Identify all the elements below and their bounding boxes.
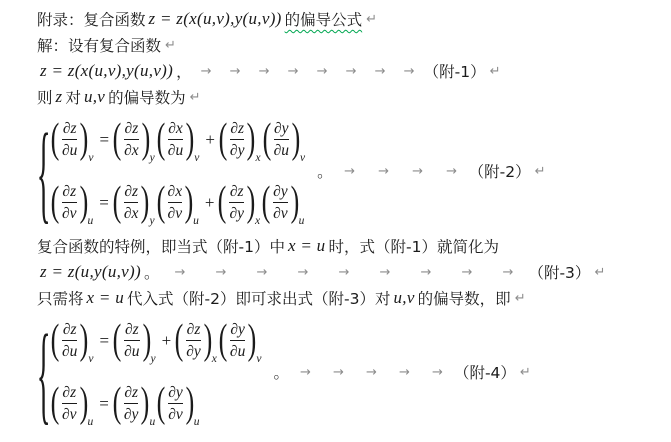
then-line-segment: z xyxy=(53,87,66,107)
open-paren: ( xyxy=(51,322,60,360)
special-case-line: 复合函数的特例，即当式（附-1）中x = u时，式（附-1）就简化为 xyxy=(37,233,671,259)
substitute-line-segment: u,v xyxy=(390,288,417,308)
open-paren: ( xyxy=(175,322,184,360)
fraction-bar xyxy=(124,403,139,404)
title-line-segment: 附录：复合函数 xyxy=(37,8,146,30)
fraction-bar xyxy=(186,340,201,341)
tab-mark: → xyxy=(401,164,435,179)
operator: + xyxy=(162,331,172,351)
tab-mark: → xyxy=(364,265,405,280)
open-paren: ( xyxy=(219,121,228,159)
then-line-segment: 则 xyxy=(37,86,53,108)
setup-line-segment: 解：设有复合函数 xyxy=(37,34,161,56)
then-line-segment: u,v xyxy=(81,87,108,107)
fraction: ∂z∂y xyxy=(230,120,245,160)
open-paren: ( xyxy=(219,322,228,360)
fraction-denominator: ∂v xyxy=(62,406,77,424)
fraction-denominator: ∂v xyxy=(168,205,183,223)
fraction-denominator: ∂u xyxy=(62,343,77,361)
fraction-numerator: ∂z xyxy=(187,321,201,339)
held-constant-subscript: y xyxy=(149,215,154,227)
fraction: ∂z∂u xyxy=(62,321,77,361)
then-line-segment: 的偏导数为 xyxy=(108,86,186,108)
operator: = xyxy=(99,394,109,414)
equation-row: (∂z∂u)v=(∂z∂u)y+(∂z∂y)x(∂y∂u)v xyxy=(51,312,263,369)
held-constant-subscript: u xyxy=(88,416,94,428)
eq-block-fu2: {(∂z∂u)v=(∂z∂x)y(∂x∂u)v+(∂z∂y)x(∂y∂u)v(∂… xyxy=(37,111,671,231)
fraction: ∂z∂v xyxy=(62,384,77,424)
fraction: ∂y∂v xyxy=(273,183,288,223)
left-brace: { xyxy=(37,155,51,187)
fraction-bar xyxy=(230,340,245,341)
held-constant-subscript: x xyxy=(255,152,260,164)
open-paren: ( xyxy=(51,184,60,222)
tab-mark: → xyxy=(200,265,241,280)
tab-mark: → xyxy=(192,64,221,79)
fraction: ∂y∂u xyxy=(230,321,245,361)
tab-mark: → xyxy=(241,265,282,280)
paren-fraction: (∂z∂y)x xyxy=(218,183,261,223)
tab-mark: → xyxy=(289,365,322,380)
tab-mark: → xyxy=(446,265,487,280)
fraction: ∂z∂x xyxy=(124,183,139,223)
fraction-numerator: ∂z xyxy=(124,183,138,201)
held-constant-subscript: u xyxy=(193,215,199,227)
fraction-numerator: ∂x xyxy=(168,183,183,201)
tab-mark: → xyxy=(323,265,364,280)
paren-fraction: (∂y∂v)u xyxy=(262,183,305,223)
held-constant-subscript: v xyxy=(194,152,199,164)
open-paren: ( xyxy=(113,322,122,360)
fraction: ∂z∂x xyxy=(124,120,139,160)
eq-fu3-line-segment: 。 xyxy=(144,261,160,283)
special-case-line-segment: 时，式（附-1）就简化为 xyxy=(329,235,499,257)
fraction-bar xyxy=(168,403,183,404)
substitute-line: 只需将x = u代入式（附-2）即可求出式（附-3）对u,v的偏导数，即↵ xyxy=(37,285,671,311)
eq-fu1-line-segment: ， xyxy=(176,60,192,82)
tab-mark: → xyxy=(308,64,337,79)
held-constant-subscript: y xyxy=(151,353,156,365)
fraction-bar xyxy=(274,139,289,140)
eq-block-fu4-terminator: 。 xyxy=(273,361,289,383)
tab-mark: → xyxy=(250,64,279,79)
eq-fu3-line: z = z(u,y(u,v))。→→→→→→→→→（附-3）↵ xyxy=(37,259,671,285)
paren-fraction: (∂z∂v)u xyxy=(51,384,94,424)
open-paren: ( xyxy=(262,184,271,222)
paragraph-mark: ↵ xyxy=(535,164,546,179)
fraction-numerator: ∂y xyxy=(274,120,289,138)
tab-mark: → xyxy=(388,365,421,380)
tab-mark: → xyxy=(405,265,446,280)
paren-fraction: (∂z∂y)x xyxy=(175,321,218,361)
paren-fraction: (∂y∂v)u xyxy=(157,384,200,424)
fraction-denominator: ∂v xyxy=(168,406,183,424)
substitute-line-segment: x = u xyxy=(84,288,128,308)
paren-fraction: (∂z∂y)u xyxy=(113,384,156,424)
fraction-bar xyxy=(124,139,139,140)
eq-fu3-line-segment: z = z(u,y(u,v)) xyxy=(37,262,144,282)
equation-row: (∂z∂v)u=(∂z∂x)y(∂x∂v)u+(∂z∂y)x(∂y∂v)u xyxy=(51,174,307,231)
fraction-bar xyxy=(62,139,77,140)
then-line: 则z对u,v的偏导数为↵ xyxy=(37,84,671,110)
fraction-numerator: ∂z xyxy=(230,183,244,201)
substitute-line-segment: 只需将 xyxy=(37,287,84,309)
fraction: ∂z∂u xyxy=(62,120,77,160)
word-document-page: 附录：复合函数z = z(x(u,v),y(u,v))的偏导公式↵解：设有复合函… xyxy=(0,0,671,442)
fraction: ∂z∂y xyxy=(124,384,139,424)
open-paren: ( xyxy=(156,121,165,159)
fraction-bar xyxy=(124,340,139,341)
fraction-numerator: ∂z xyxy=(125,321,139,339)
eq-block-fu2-rows: (∂z∂u)v=(∂z∂x)y(∂x∂u)v+(∂z∂y)x(∂y∂u)v(∂z… xyxy=(51,111,307,231)
held-constant-subscript: u xyxy=(88,215,94,227)
paren-fraction: (∂z∂u)v xyxy=(51,321,95,361)
paragraph-mark: ↵ xyxy=(520,365,531,380)
eq-block-fu4-label: （附-4） xyxy=(454,361,516,383)
open-paren: ( xyxy=(113,121,122,159)
tab-mark: → xyxy=(366,64,395,79)
fraction: ∂y∂v xyxy=(168,384,183,424)
fraction-denominator: ∂y xyxy=(124,406,139,424)
fraction-bar xyxy=(168,139,183,140)
open-paren: ( xyxy=(218,184,227,222)
tab-mark: → xyxy=(282,265,323,280)
setup-line: 解：设有复合函数↵ xyxy=(37,32,671,58)
paragraph-mark: ↵ xyxy=(594,265,605,280)
fraction: ∂y∂u xyxy=(274,120,289,160)
paragraph-mark: ↵ xyxy=(490,64,501,79)
paren-fraction: (∂z∂v)u xyxy=(51,183,94,223)
fraction-numerator: ∂y xyxy=(273,183,288,201)
held-constant-subscript: u xyxy=(299,215,305,227)
fraction-numerator: ∂x xyxy=(168,120,183,138)
title-line-segment: 的偏导公式 xyxy=(285,8,363,30)
fraction-denominator: ∂v xyxy=(62,205,77,223)
tab-mark: → xyxy=(435,164,469,179)
open-paren: ( xyxy=(157,385,166,423)
fraction-numerator: ∂y xyxy=(230,321,245,339)
fraction-denominator: ∂u xyxy=(62,142,77,160)
fraction-bar xyxy=(62,340,77,341)
open-paren: ( xyxy=(51,121,60,159)
tab-mark: → xyxy=(487,265,528,280)
fraction-denominator: ∂x xyxy=(124,205,139,223)
fraction-denominator: ∂y xyxy=(229,205,244,223)
tab-mark: → xyxy=(221,64,250,79)
operator: = xyxy=(100,331,110,351)
eq-block-fu4: {(∂z∂u)v=(∂z∂u)y+(∂z∂y)x(∂y∂u)v(∂z∂v)u=(… xyxy=(37,312,671,432)
fraction: ∂z∂u xyxy=(124,321,139,361)
substitute-line-segment: 代入式（附-2）即可求出式（附-3）对 xyxy=(127,287,390,309)
paren-fraction: (∂x∂u)v xyxy=(157,120,201,160)
held-constant-subscript: x xyxy=(212,353,217,365)
fraction-denominator: ∂u xyxy=(230,343,245,361)
fraction: ∂z∂y xyxy=(186,321,201,361)
fraction-bar xyxy=(62,403,77,404)
fraction-numerator: ∂z xyxy=(124,384,138,402)
fraction: ∂x∂u xyxy=(168,120,183,160)
held-constant-subscript: v xyxy=(88,353,93,365)
eq-fu1-line-label: （附-1） xyxy=(424,60,486,82)
fraction-bar xyxy=(273,202,288,203)
fraction-numerator: ∂y xyxy=(168,384,183,402)
fraction-denominator: ∂u xyxy=(124,343,139,361)
paren-fraction: (∂z∂y)x xyxy=(219,120,262,160)
fraction-denominator: ∂y xyxy=(186,343,201,361)
open-paren: ( xyxy=(113,385,122,423)
fraction: ∂x∂v xyxy=(168,183,183,223)
fraction-bar xyxy=(229,202,244,203)
paren-fraction: (∂z∂x)y xyxy=(113,183,156,223)
held-constant-subscript: x xyxy=(255,215,260,227)
held-constant-subscript: v xyxy=(300,152,305,164)
eq-fu3-line-label: （附-3） xyxy=(528,261,590,283)
paragraph-mark: ↵ xyxy=(366,12,377,27)
special-case-line-segment: 复合函数的特例，即当式（附-1）中 xyxy=(37,235,285,257)
fraction: ∂z∂y xyxy=(229,183,244,223)
eq-block-fu2-terminator: 。 xyxy=(317,160,333,182)
open-paren: ( xyxy=(262,121,271,159)
open-paren: ( xyxy=(51,385,60,423)
paren-fraction: (∂x∂v)u xyxy=(157,183,200,223)
operator: + xyxy=(205,193,215,213)
eq-block-fu4-rows: (∂z∂u)v=(∂z∂u)y+(∂z∂y)x(∂y∂u)v(∂z∂v)u=(∂… xyxy=(51,312,263,432)
operator: = xyxy=(100,130,110,150)
eq-block-fu2-label: （附-2） xyxy=(469,160,531,182)
tab-mark: → xyxy=(367,164,401,179)
open-paren: ( xyxy=(156,184,165,222)
title-line-segment: z = z(x(u,v),y(u,v)) xyxy=(146,9,285,29)
fraction-denominator: ∂y xyxy=(230,142,245,160)
fraction-bar xyxy=(168,202,183,203)
held-constant-subscript: u xyxy=(149,416,155,428)
document-flow: 附录：复合函数z = z(x(u,v),y(u,v))的偏导公式↵解：设有复合函… xyxy=(37,6,671,432)
paragraph-mark: ↵ xyxy=(190,90,201,105)
tab-mark: → xyxy=(421,365,454,380)
held-constant-subscript: u xyxy=(194,416,200,428)
fraction-bar xyxy=(62,202,77,203)
fraction-denominator: ∂u xyxy=(168,142,183,160)
paren-fraction: (∂z∂u)y xyxy=(113,321,157,361)
equation-row: (∂z∂v)u=(∂z∂y)u(∂y∂v)u xyxy=(51,375,263,432)
fraction-numerator: ∂z xyxy=(62,384,76,402)
fraction-bar xyxy=(124,202,139,203)
tab-mark: → xyxy=(333,164,367,179)
fraction: ∂z∂v xyxy=(62,183,77,223)
paren-fraction: (∂y∂u)v xyxy=(263,120,307,160)
paren-fraction: (∂y∂u)v xyxy=(219,321,263,361)
equation-row: (∂z∂u)v=(∂z∂x)y(∂x∂u)v+(∂z∂y)x(∂y∂u)v xyxy=(51,111,307,168)
eq-fu1-line: z = z(x(u,v),y(u,v))，→→→→→→→→（附-1）↵ xyxy=(37,58,671,84)
left-brace-glyph: { xyxy=(37,116,51,226)
tab-mark: → xyxy=(337,64,366,79)
fraction-numerator: ∂z xyxy=(63,120,77,138)
operator: = xyxy=(99,193,109,213)
fraction-bar xyxy=(230,139,245,140)
eq-fu1-line-segment: z = z(x(u,v),y(u,v)) xyxy=(37,61,176,81)
held-constant-subscript: v xyxy=(88,152,93,164)
fraction-denominator: ∂u xyxy=(274,142,289,160)
held-constant-subscript: v xyxy=(256,353,261,365)
fraction-numerator: ∂z xyxy=(230,120,244,138)
special-case-line-segment: x = u xyxy=(285,236,329,256)
fraction-numerator: ∂z xyxy=(62,183,76,201)
then-line-segment: 对 xyxy=(65,86,81,108)
tab-mark: → xyxy=(322,365,355,380)
tab-mark: → xyxy=(279,64,308,79)
title-line: 附录：复合函数z = z(x(u,v),y(u,v))的偏导公式↵ xyxy=(37,6,671,32)
left-brace-glyph: { xyxy=(37,317,51,427)
held-constant-subscript: y xyxy=(150,152,155,164)
paren-fraction: (∂z∂x)y xyxy=(113,120,156,160)
tab-mark: → xyxy=(355,365,388,380)
paren-fraction: (∂z∂u)v xyxy=(51,120,95,160)
fraction-numerator: ∂z xyxy=(63,321,77,339)
tab-mark: → xyxy=(159,265,200,280)
paragraph-mark: ↵ xyxy=(165,38,176,53)
fraction-numerator: ∂z xyxy=(125,120,139,138)
fraction-denominator: ∂x xyxy=(124,142,139,160)
substitute-line-segment: 的偏导数，即 xyxy=(418,287,511,309)
fraction-denominator: ∂v xyxy=(273,205,288,223)
paragraph-mark: ↵ xyxy=(515,291,526,306)
left-brace: { xyxy=(37,356,51,388)
operator: + xyxy=(205,130,215,150)
tab-mark: → xyxy=(395,64,424,79)
open-paren: ( xyxy=(113,184,122,222)
